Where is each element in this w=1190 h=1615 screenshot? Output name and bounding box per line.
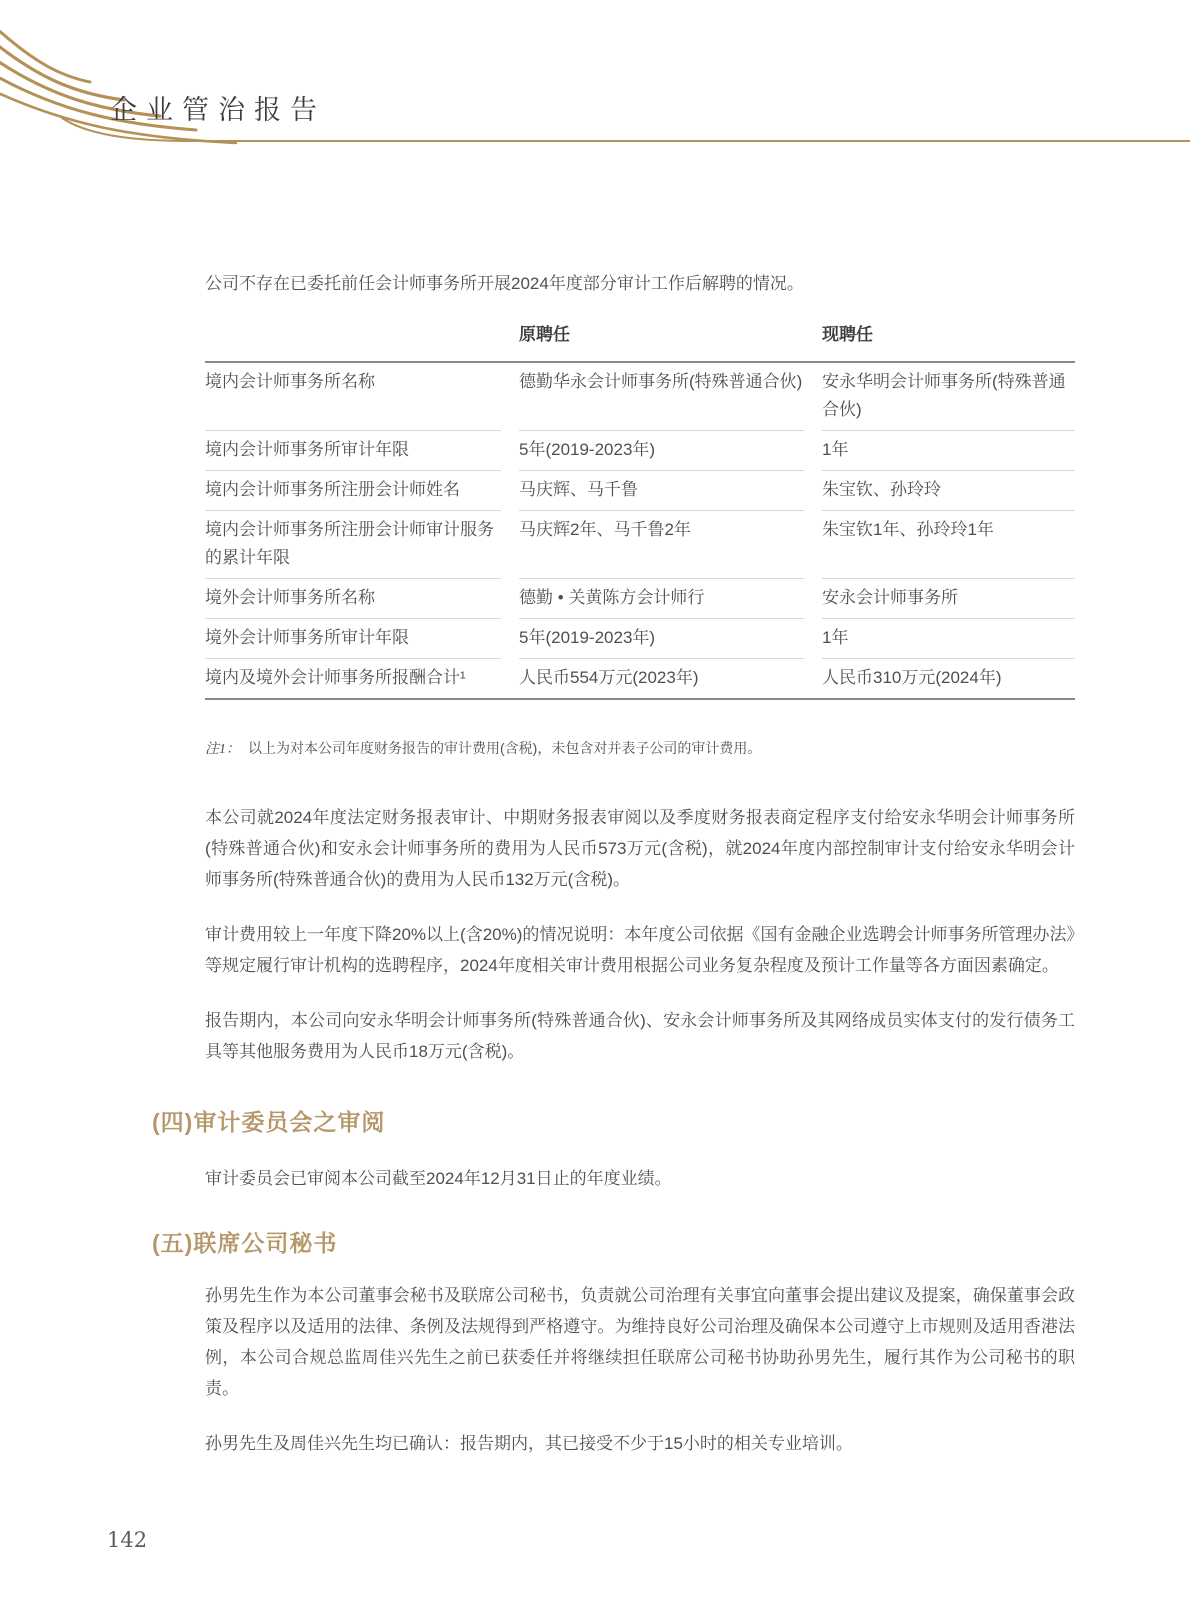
cell-former: 德勤华永会计师事务所(特殊普通合伙) xyxy=(519,363,804,431)
report-content: 公司不存在已委托前任会计师事务所开展2024年度部分审计工作后解聘的情况。 原聘… xyxy=(152,0,1077,1459)
cell-current: 安永会计师事务所 xyxy=(822,579,1075,619)
cell-current: 朱宝钦1年、孙玲玲1年 xyxy=(822,511,1075,579)
cell-former: 德勤 • 关黄陈方会计师行 xyxy=(519,579,804,619)
auditors-table: 原聘任 现聘任 境内会计师事务所名称 德勤华永会计师事务所(特殊普通合伙) 安永… xyxy=(205,321,1075,700)
fees-paragraph: 本公司就2024年度法定财务报表审计、中期财务报表审阅以及季度财务报表商定程序支… xyxy=(205,802,1075,895)
cell-current: 人民币310万元(2024年) xyxy=(822,659,1075,698)
row-label: 境外会计师事务所名称 xyxy=(205,579,501,619)
row-label: 境内会计师事务所注册会计师审计服务的累计年限 xyxy=(205,511,501,579)
cell-current: 1年 xyxy=(822,619,1075,659)
row-label: 境内会计师事务所注册会计师姓名 xyxy=(205,471,501,511)
row-label: 境外会计师事务所审计年限 xyxy=(205,619,501,659)
cell-former: 马庆辉、马千鲁 xyxy=(519,471,804,511)
section-heading-joint-secretary: (五)联席公司秘书 xyxy=(152,1228,1077,1258)
row-label: 境内及境外会计师事务所报酬合计¹ xyxy=(205,659,501,698)
cell-former: 5年(2019-2023年) xyxy=(519,619,804,659)
row-label: 境内会计师事务所审计年限 xyxy=(205,431,501,471)
cell-former: 人民币554万元(2023年) xyxy=(519,659,804,698)
page-number: 142 xyxy=(107,1528,147,1552)
cell-current: 安永华明会计师事务所(特殊普通合伙) xyxy=(822,363,1075,431)
cell-current: 1年 xyxy=(822,431,1075,471)
section-heading-audit-committee: (四)审计委员会之审阅 xyxy=(152,1107,1077,1137)
col-header-current: 现聘任 xyxy=(822,321,1075,361)
fee-decline-paragraph: 审计费用较上一年度下降20%以上(含20%)的情况说明：本年度公司依据《国有金融… xyxy=(205,919,1075,981)
intro-paragraph: 公司不存在已委托前任会计师事务所开展2024年度部分审计工作后解聘的情况。 xyxy=(205,268,1075,299)
secretary-paragraph-1: 孙男先生作为本公司董事会秘书及联席公司秘书，负责就公司治理有关事宜向董事会提出建… xyxy=(205,1280,1075,1404)
footnote: 注1：以上为对本公司年度财务报告的审计费用(含税)，未包含对并表子公司的审计费用… xyxy=(205,736,1075,762)
row-label: 境内会计师事务所名称 xyxy=(205,363,501,431)
table-bottom-rule xyxy=(205,698,1075,700)
col-header-former: 原聘任 xyxy=(519,321,804,361)
footnote-text: 以上为对本公司年度财务报告的审计费用(含税)，未包含对并表子公司的审计费用。 xyxy=(248,740,761,756)
other-services-paragraph: 报告期内，本公司向安永华明会计师事务所(特殊普通合伙)、安永会计师事务所及其网络… xyxy=(205,1005,1075,1067)
audit-committee-review-paragraph: 审计委员会已审阅本公司截至2024年12月31日止的年度业绩。 xyxy=(205,1163,1075,1194)
cell-former: 5年(2019-2023年) xyxy=(519,431,804,471)
cell-current: 朱宝钦、孙玲玲 xyxy=(822,471,1075,511)
cell-former: 马庆辉2年、马千鲁2年 xyxy=(519,511,804,579)
secretary-paragraph-2: 孙男先生及周佳兴先生均已确认：报告期内，其已接受不少于15小时的相关专业培训。 xyxy=(205,1428,1075,1459)
table-corner-cell xyxy=(205,321,501,361)
footnote-label: 注1： xyxy=(205,742,240,757)
